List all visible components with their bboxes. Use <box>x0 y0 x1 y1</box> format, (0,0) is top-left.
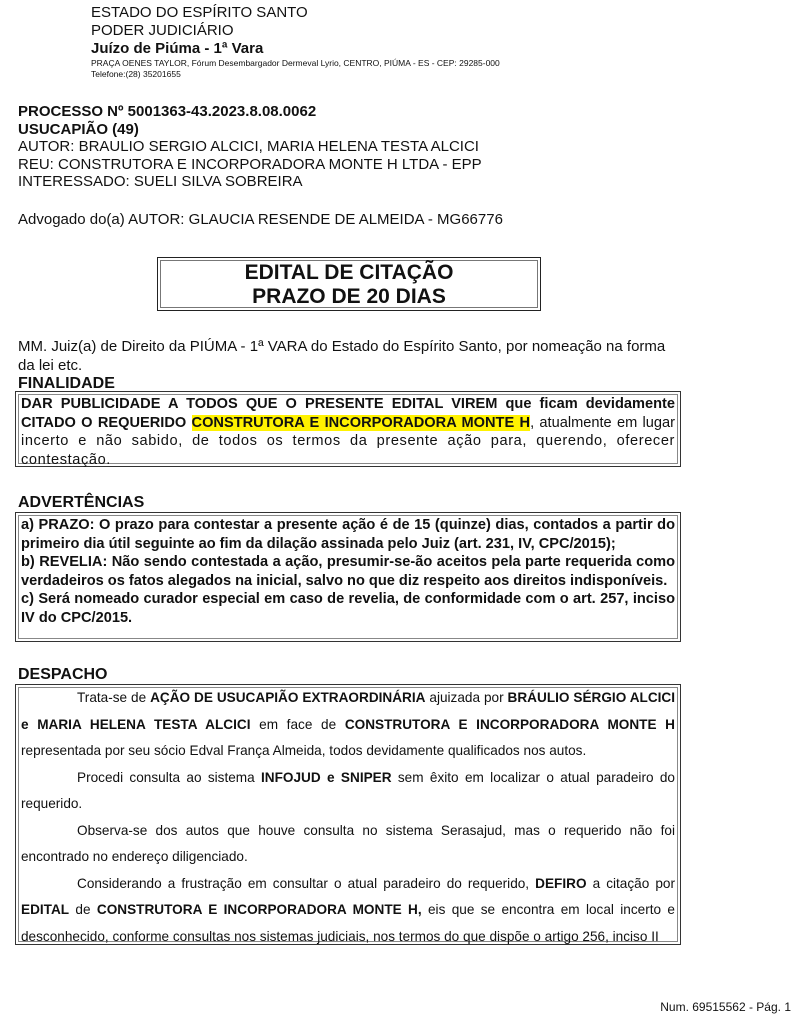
despacho-paragraph: Considerando a frustração em consultar o… <box>21 871 675 951</box>
highlighted-defendant: CONSTRUTORA E INCORPORADORA MONTE H <box>192 415 531 431</box>
document-title-box: EDITAL DE CITAÇÃO PRAZO DE 20 DIAS <box>157 257 541 311</box>
court-name: Juízo de Piúma - 1ª Vara <box>91 40 500 58</box>
process-class: USUCAPIÃO (49) <box>18 121 482 139</box>
state-name: ESTADO DO ESPÍRITO SANTO <box>91 4 500 22</box>
advertencia-item: a) PRAZO: O prazo para contestar a prese… <box>21 516 675 553</box>
finalidade-rest: incerto e não sabido, de todos os termos… <box>21 433 675 468</box>
letterhead: ESTADO DO ESPÍRITO SANTO PODER JUDICIÁRI… <box>91 4 500 80</box>
finalidade-box: DAR PUBLICIDADE A TODOS QUE O PRESENTE E… <box>15 391 681 467</box>
page-footer: Num. 69515562 - Pág. 1 <box>660 1000 791 1014</box>
process-number: PROCESSO Nº 5001363-43.2023.8.08.0062 <box>18 103 482 121</box>
despacho-paragraph: Procedi consulta ao sistema INFOJUD e SN… <box>21 765 675 818</box>
judicial-branch: PODER JUDICIÁRIO <box>91 22 500 40</box>
document-title: EDITAL DE CITAÇÃO <box>158 261 540 285</box>
despacho-heading: DESPACHO <box>18 666 108 684</box>
court-phone: Telefone:(28) 35201655 <box>91 69 500 80</box>
process-defendant: REU: CONSTRUTORA E INCORPORADORA MONTE H… <box>18 156 482 174</box>
despacho-paragraph: Trata-se de AÇÃO DE USUCAPIÃO EXTRAORDIN… <box>21 685 675 765</box>
document-subtitle: PRAZO DE 20 DIAS <box>158 285 540 309</box>
advertencias-heading: ADVERTÊNCIAS <box>18 494 144 512</box>
advertencia-item: c) Será nomeado curador especial em caso… <box>21 590 675 627</box>
despacho-paragraph: Observa-se dos autos que houve consulta … <box>21 818 675 871</box>
intro-paragraph: MM. Juiz(a) de Direito da PIÚMA - 1ª VAR… <box>18 337 680 375</box>
court-address: PRAÇA OENES TAYLOR, Fórum Desembargador … <box>91 58 500 69</box>
finalidade-after: , atualmente em lugar <box>530 415 675 431</box>
lawyer-line: Advogado do(a) AUTOR: GLAUCIA RESENDE DE… <box>18 211 503 228</box>
advertencia-item: b) REVELIA: Não sendo contestada a ação,… <box>21 553 675 590</box>
process-info: PROCESSO Nº 5001363-43.2023.8.08.0062 US… <box>18 103 482 191</box>
process-author: AUTOR: BRAULIO SERGIO ALCICI, MARIA HELE… <box>18 138 482 156</box>
process-interested: INTERESSADO: SUELI SILVA SOBREIRA <box>18 173 482 191</box>
despacho-box: Trata-se de AÇÃO DE USUCAPIÃO EXTRAORDIN… <box>15 684 681 945</box>
advertencias-box: a) PRAZO: O prazo para contestar a prese… <box>15 512 681 642</box>
